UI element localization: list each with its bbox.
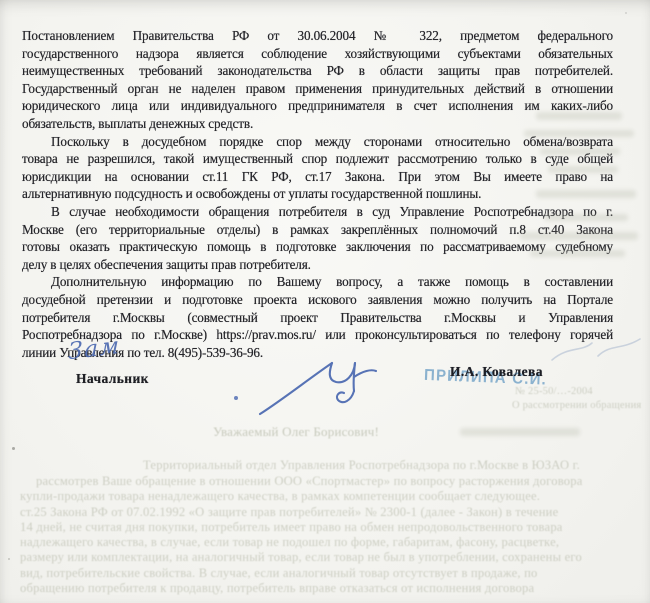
letter-line: государственного надзора является соблюд… — [22, 45, 613, 63]
position-title: Начальник — [76, 371, 149, 387]
bleedthrough-ref-subject: О рассмотрении обращения — [512, 400, 641, 411]
letter-body: Постановлением Правительства РФ от 30.06… — [22, 27, 613, 361]
bleedthrough-line: размеру или комплектации, на аналогичный… — [20, 550, 582, 565]
letter-line: Государственный орган не наделен правом … — [22, 80, 613, 98]
letter-line: юридического лица или индивидуального пр… — [22, 97, 613, 115]
scan-speck — [8, 558, 10, 560]
letter-line: альтернативную подсудность и освобождены… — [22, 185, 613, 203]
pen-dot — [234, 396, 238, 400]
letter-line: делу в целях обеспечения защиты прав пот… — [22, 256, 613, 274]
bleedthrough-smudge — [460, 428, 580, 436]
signature-scribble — [256, 350, 380, 420]
letter-line: юрисдикции на основании ст.11 ГК РФ, ст.… — [22, 168, 613, 186]
bleedthrough-line: Территориальный отдел Управления Роспотр… — [143, 458, 580, 473]
scan-speck — [12, 447, 15, 450]
scan-speck — [625, 12, 627, 14]
letter-line: товара не разрешился, такой имущественны… — [22, 150, 613, 168]
letter-line: В случае необходимости обращения потреби… — [22, 203, 613, 221]
letter-line: досудебной претензии и подготовке проект… — [22, 291, 613, 309]
letter-line: потребителя г.Москвы (совместный проект … — [22, 309, 613, 327]
bleedthrough-line: рассмотрев Ваше обращение в отношении ОО… — [36, 474, 583, 489]
letter-line: Поскольку в досудебном порядке спор межд… — [22, 133, 613, 151]
letter-line: Дополнительную информацию по Вашему вопр… — [22, 273, 613, 291]
bleedthrough-line: ст.25 Закона РФ от 07.02.1992 «О защите … — [20, 505, 558, 520]
bleedthrough-line: обращению потребителя к продавцу, потреб… — [20, 581, 534, 596]
letter-line: готовы оказать практическую помощь в под… — [22, 238, 613, 256]
letter-line: неимущественных требований законодательс… — [22, 62, 613, 80]
scanned-letter-page: Постановлением Правительства РФ от 30.06… — [0, 0, 650, 603]
bleedthrough-line: надлежащего качества, в случае, если тов… — [20, 535, 559, 550]
bleedthrough-line: вид, потребительские свойства. В случае,… — [20, 566, 538, 581]
bleedthrough-handwriting — [548, 334, 644, 364]
letter-line: Москве (его территориальные отделы) в ра… — [22, 221, 613, 239]
letter-line: Постановлением Правительства РФ от 30.06… — [22, 27, 613, 45]
bleedthrough-salutation: Уважаемый Олег Борисович! — [213, 424, 379, 440]
bleedthrough-line: 14 дней, не считая дня покупки, потребит… — [20, 520, 563, 535]
letter-line: обязательств, выплаты денежных средств. — [22, 115, 613, 133]
signer-name: И.А. Ковалева — [450, 364, 543, 380]
bleedthrough-line: купли-продажи товара ненадлежащего качес… — [20, 489, 540, 504]
